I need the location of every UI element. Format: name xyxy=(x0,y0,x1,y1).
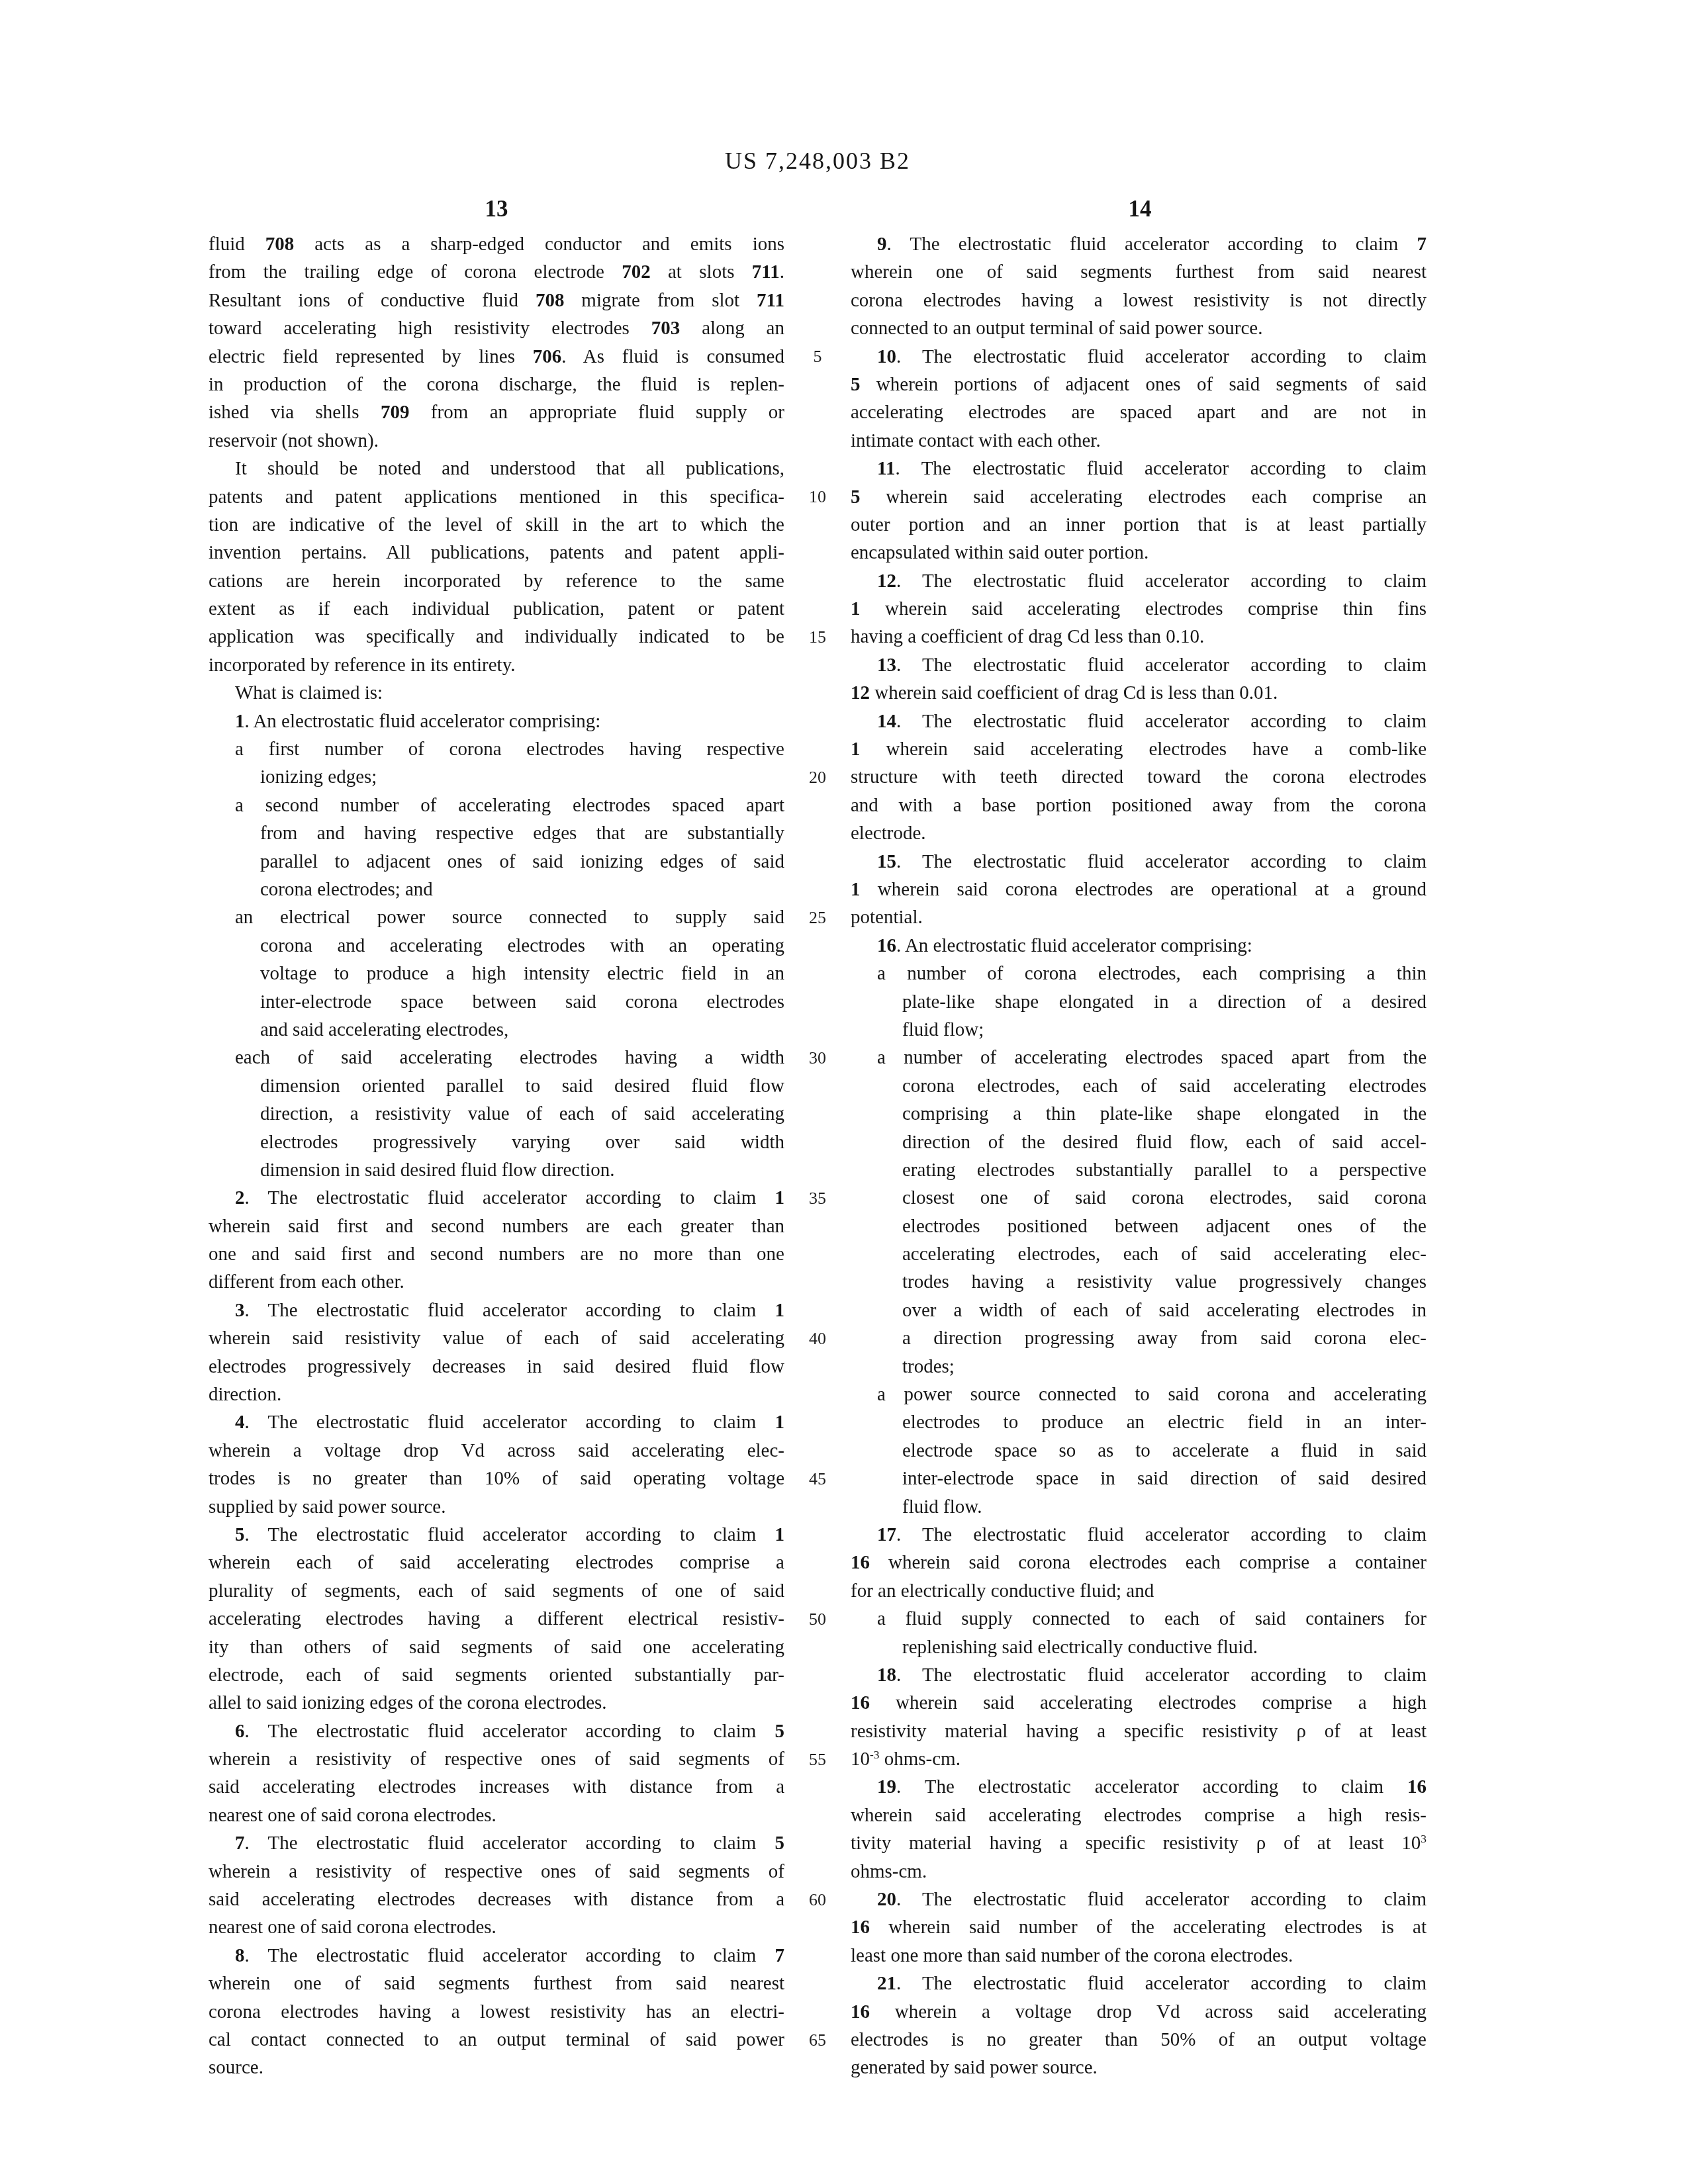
text-line: structure with teeth directed toward the… xyxy=(851,763,1427,791)
text-line: 18. The electrostatic fluid accelerator … xyxy=(851,1661,1427,1689)
text-line: trodes having a resistivity value progre… xyxy=(851,1268,1427,1296)
text-line: 5 wherein said accelerating electrodes e… xyxy=(851,483,1427,511)
text-line: wherein said resistivity value of each o… xyxy=(209,1324,784,1352)
text-line: electrodes progressively decreases in sa… xyxy=(209,1353,784,1381)
text-line: 17. The electrostatic fluid accelerator … xyxy=(851,1521,1427,1549)
text-line: 16 wherein a voltage drop Vd across said… xyxy=(851,1998,1427,2026)
text-line: closest one of said corona electrodes, s… xyxy=(851,1184,1427,1212)
text-line: a direction progressing away from said c… xyxy=(851,1324,1427,1352)
gutter-line-number: 40 xyxy=(784,1325,851,1353)
text-line: 7. The electrostatic fluid accelerator a… xyxy=(209,1829,784,1857)
text-line: ity than others of said segments of said… xyxy=(209,1633,784,1661)
text-line: It should be noted and understood that a… xyxy=(209,455,784,482)
text-line: 1 wherein said corona electrodes are ope… xyxy=(851,876,1427,903)
gutter-line-number: 35 xyxy=(784,1185,851,1212)
text-line: nearest one of said corona electrodes. xyxy=(209,1801,784,1829)
text-line: from the trailing edge of corona electro… xyxy=(209,258,784,286)
gutter-line-number: 20 xyxy=(784,764,851,792)
gutter-line-number: 55 xyxy=(784,1746,851,1774)
text-line: tion are indicative of the level of skil… xyxy=(209,511,784,539)
text-line: application was specifically and individ… xyxy=(209,623,784,651)
text-line: inter-electrode space between said coron… xyxy=(209,988,784,1016)
text-line: 20. The electrostatic fluid accelerator … xyxy=(851,1886,1427,1913)
text-line: ished via shells 709 from an appropriate… xyxy=(209,398,784,426)
text-line: replenishing said electrically conductiv… xyxy=(851,1633,1427,1661)
text-line: fluid 708 acts as a sharp-edged conducto… xyxy=(209,230,784,258)
text-line: corona electrodes having a lowest resist… xyxy=(209,1998,784,2026)
text-line: a number of corona electrodes, each comp… xyxy=(851,960,1427,987)
text-line: 16 wherein said accelerating electrodes … xyxy=(851,1689,1427,1717)
text-line: 8. The electrostatic fluid accelerator a… xyxy=(209,1942,784,1970)
text-line: 14. The electrostatic fluid accelerator … xyxy=(851,707,1427,735)
text-line: trodes; xyxy=(851,1353,1427,1381)
text-line: dimension in said desired fluid flow dir… xyxy=(209,1156,784,1184)
text-line: toward accelerating high resistivity ele… xyxy=(209,314,784,342)
text-line: electrodes positioned between adjacent o… xyxy=(851,1212,1427,1240)
text-line: least one more than said number of the c… xyxy=(851,1942,1427,1970)
text-line: ionizing edges; xyxy=(209,763,784,791)
text-line: reservoir (not shown). xyxy=(209,427,784,455)
text-line: electrode, each of said segments oriente… xyxy=(209,1661,784,1689)
text-line: 12 wherein said coefficient of drag Cd i… xyxy=(851,679,1427,707)
text-line: direction of the desired fluid flow, eac… xyxy=(851,1128,1427,1156)
text-line: corona and accelerating electrodes with … xyxy=(209,932,784,960)
text-line: invention pertains. All publications, pa… xyxy=(209,539,784,567)
text-line: fluid flow; xyxy=(851,1016,1427,1044)
text-line: 10. The electrostatic fluid accelerator … xyxy=(851,343,1427,371)
gutter-line-number: 5 xyxy=(784,343,851,371)
gutter-line-number: 15 xyxy=(784,623,851,651)
text-line: and with a base portion positioned away … xyxy=(851,792,1427,819)
text-line: a number of accelerating electrodes spac… xyxy=(851,1044,1427,1071)
text-line: electric field represented by lines 706.… xyxy=(209,343,784,371)
text-line: dimension oriented parallel to said desi… xyxy=(209,1072,784,1100)
text-line: different from each other. xyxy=(209,1268,784,1296)
gutter-line-number: 30 xyxy=(784,1044,851,1072)
text-line: 16 wherein said number of the accelerati… xyxy=(851,1913,1427,1941)
text-line: said accelerating electrodes increases w… xyxy=(209,1773,784,1801)
text-line: wherein a voltage drop Vd across said ac… xyxy=(209,1437,784,1465)
text-line: corona electrodes, each of said accelera… xyxy=(851,1072,1427,1100)
text-line: erating electrodes substantially paralle… xyxy=(851,1156,1427,1184)
text-line: outer portion and an inner portion that … xyxy=(851,511,1427,539)
text-line: 13. The electrostatic fluid accelerator … xyxy=(851,651,1427,679)
text-line: corona electrodes having a lowest resist… xyxy=(851,287,1427,314)
text-line: 19. The electrostatic accelerator accord… xyxy=(851,1773,1427,1801)
text-line: 10-3 ohms-cm. xyxy=(851,1745,1427,1773)
text-line: voltage to produce a high intensity elec… xyxy=(209,960,784,987)
text-line: wherein each of said accelerating electr… xyxy=(209,1549,784,1576)
text-line: 5 wherein portions of adjacent ones of s… xyxy=(851,371,1427,398)
text-line: trodes is no greater than 10% of said op… xyxy=(209,1465,784,1492)
text-line: plurality of segments, each of said segm… xyxy=(209,1577,784,1605)
gutter-line-number: 50 xyxy=(784,1606,851,1633)
text-line: allel to said ionizing edges of the coro… xyxy=(209,1689,784,1717)
text-line: Resultant ions of conductive fluid 708 m… xyxy=(209,287,784,314)
text-line: over a width of each of said acceleratin… xyxy=(851,1297,1427,1324)
text-line: 4. The electrostatic fluid accelerator a… xyxy=(209,1408,784,1436)
text-line: supplied by said power source. xyxy=(209,1493,784,1521)
column-number-left: 13 xyxy=(485,196,508,222)
text-line: comprising a thin plate-like shape elong… xyxy=(851,1100,1427,1128)
text-line: 16 wherein said corona electrodes each c… xyxy=(851,1549,1427,1576)
text-line: parallel to adjacent ones of said ionizi… xyxy=(209,848,784,876)
text-line: having a coefficient of drag Cd less tha… xyxy=(851,623,1427,651)
text-line: plate-like shape elongated in a directio… xyxy=(851,988,1427,1016)
text-line: tivity material having a specific resist… xyxy=(851,1829,1427,1857)
text-line: cal contact connected to an output termi… xyxy=(209,2026,784,2054)
text-line: for an electrically conductive fluid; an… xyxy=(851,1577,1427,1605)
text-line: direction. xyxy=(209,1381,784,1408)
text-line: corona electrodes; and xyxy=(209,876,784,903)
text-line: source. xyxy=(209,2054,784,2081)
text-line: from and having respective edges that ar… xyxy=(209,819,784,847)
gutter-line-number: 10 xyxy=(784,483,851,511)
text-line: electrodes is no greater than 50% of an … xyxy=(851,2026,1427,2054)
text-line: fluid flow. xyxy=(851,1493,1427,1521)
gutter-line-number: 60 xyxy=(784,1886,851,1914)
text-line: electrode space so as to accelerate a fl… xyxy=(851,1437,1427,1465)
text-line: accelerating electrodes having a differe… xyxy=(209,1605,784,1633)
text-line: incorporated by reference in its entiret… xyxy=(209,651,784,679)
text-line: 16. An electrostatic fluid accelerator c… xyxy=(851,932,1427,960)
text-line: wherein said accelerating electrodes com… xyxy=(851,1801,1427,1829)
text-line: connected to an output terminal of said … xyxy=(851,314,1427,342)
text-line: a power source connected to said corona … xyxy=(851,1381,1427,1408)
text-line: encapsulated within said outer portion. xyxy=(851,539,1427,567)
line-number-gutter: 5101520253035404550556065 xyxy=(784,230,851,2083)
text-line: 21. The electrostatic fluid accelerator … xyxy=(851,1970,1427,1997)
text-line: a first number of corona electrodes havi… xyxy=(209,735,784,763)
text-line: and said accelerating electrodes, xyxy=(209,1016,784,1044)
text-line: direction, a resistivity value of each o… xyxy=(209,1100,784,1128)
claims-column-right: 9. The electrostatic fluid accelerator a… xyxy=(851,230,1427,2082)
text-line: 6. The electrostatic fluid accelerator a… xyxy=(209,1717,784,1745)
text-line: electrodes to produce an electric field … xyxy=(851,1408,1427,1436)
text-line: patents and patent applications mentione… xyxy=(209,483,784,511)
text-line: cations are herein incorporated by refer… xyxy=(209,567,784,595)
text-line: each of said accelerating electrodes hav… xyxy=(209,1044,784,1071)
text-line: a second number of accelerating electrod… xyxy=(209,792,784,819)
text-line: intimate contact with each other. xyxy=(851,427,1427,455)
patent-page: US 7,248,003 B2 13 14 fluid 708 acts as … xyxy=(0,0,1688,2184)
text-line: wherein a resistivity of respective ones… xyxy=(209,1858,784,1886)
text-line: nearest one of said corona electrodes. xyxy=(209,1913,784,1941)
text-line: accelerating electrodes, each of said ac… xyxy=(851,1240,1427,1268)
text-line: wherein said first and second numbers ar… xyxy=(209,1212,784,1240)
text-line: 2. The electrostatic fluid accelerator a… xyxy=(209,1184,784,1212)
text-line: 9. The electrostatic fluid accelerator a… xyxy=(851,230,1427,258)
text-line: accelerating electrodes are spaced apart… xyxy=(851,398,1427,426)
text-line: 12. The electrostatic fluid accelerator … xyxy=(851,567,1427,595)
text-line: a fluid supply connected to each of said… xyxy=(851,1605,1427,1633)
text-line: 11. The electrostatic fluid accelerator … xyxy=(851,455,1427,482)
text-line: wherein a resistivity of respective ones… xyxy=(209,1745,784,1773)
text-line: What is claimed is: xyxy=(209,679,784,707)
claims-column-left: fluid 708 acts as a sharp-edged conducto… xyxy=(209,230,784,2082)
text-line: 5. The electrostatic fluid accelerator a… xyxy=(209,1521,784,1549)
text-line: 3. The electrostatic fluid accelerator a… xyxy=(209,1297,784,1324)
gutter-line-number: 65 xyxy=(784,2026,851,2054)
text-line: wherein one of said segments furthest fr… xyxy=(209,1970,784,1997)
text-line: extent as if each individual publication… xyxy=(209,595,784,623)
text-line: an electrical power source connected to … xyxy=(209,903,784,931)
gutter-line-number: 45 xyxy=(784,1465,851,1493)
text-line: 1 wherein said accelerating electrodes c… xyxy=(851,595,1427,623)
text-line: potential. xyxy=(851,903,1427,931)
text-line: electrode. xyxy=(851,819,1427,847)
patent-number-header: US 7,248,003 B2 xyxy=(725,147,910,175)
text-line: 15. The electrostatic fluid accelerator … xyxy=(851,848,1427,876)
text-line: said accelerating electrodes decreases w… xyxy=(209,1886,784,1913)
text-line: in production of the corona discharge, t… xyxy=(209,371,784,398)
text-line: inter-electrode space in said direction … xyxy=(851,1465,1427,1492)
text-line: ohms-cm. xyxy=(851,1858,1427,1886)
text-line: one and said first and second numbers ar… xyxy=(209,1240,784,1268)
text-line: wherein one of said segments furthest fr… xyxy=(851,258,1427,286)
gutter-line-number: 25 xyxy=(784,904,851,932)
text-line: 1 wherein said accelerating electrodes h… xyxy=(851,735,1427,763)
text-line: resistivity material having a specific r… xyxy=(851,1717,1427,1745)
text-line: generated by said power source. xyxy=(851,2054,1427,2081)
text-line: 1. An electrostatic fluid accelerator co… xyxy=(209,707,784,735)
text-line: electrodes progressively varying over sa… xyxy=(209,1128,784,1156)
column-number-right: 14 xyxy=(1129,196,1152,222)
